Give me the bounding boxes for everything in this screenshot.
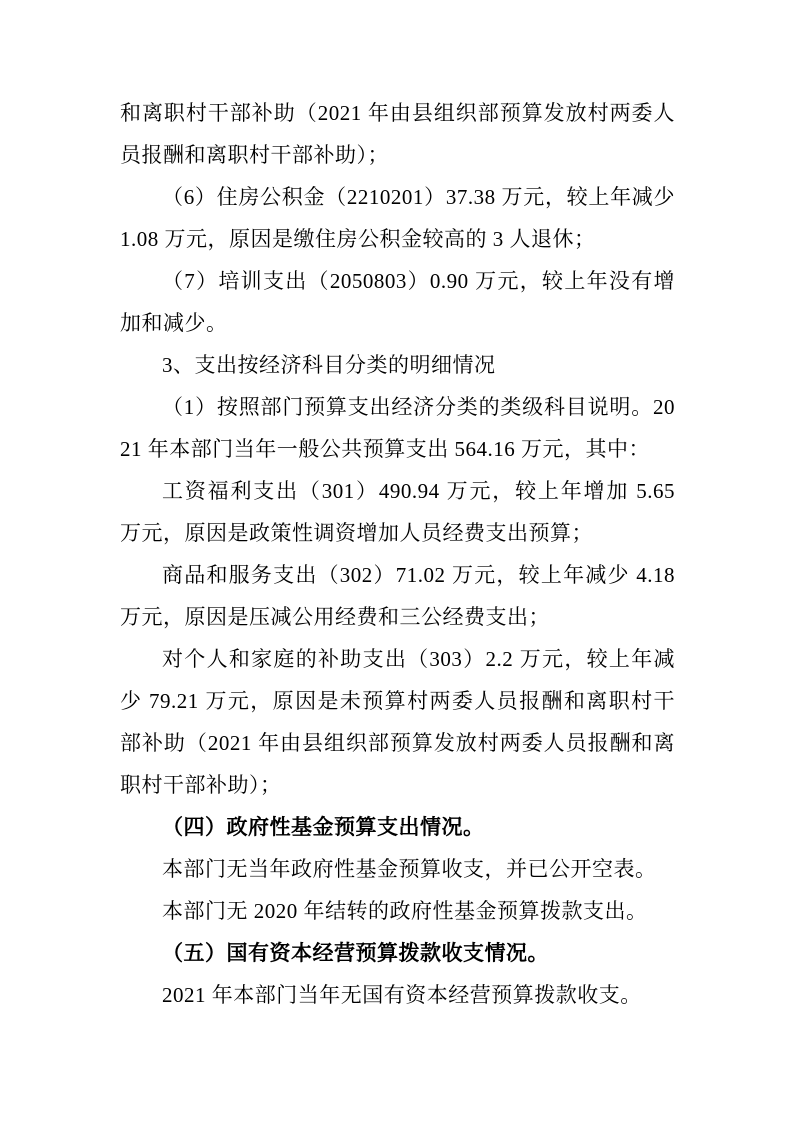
section-heading: （四）政府性基金预算支出情况。 (120, 806, 675, 848)
paragraph: 工资福利支出（301）490.94 万元，较上年增加 5.65 万元，原因是政策… (120, 470, 675, 554)
paragraph: 对个人和家庭的补助支出（303）2.2 万元，较上年减少 79.21 万元，原因… (120, 638, 675, 806)
paragraph: 本部门无当年政府性基金预算收支，并已公开空表。 (120, 848, 675, 890)
paragraph: （7）培训支出（2050803）0.90 万元，较上年没有增加和减少。 (120, 260, 675, 344)
paragraph: 和离职村干部补助（2021 年由县组织部预算发放村两委人员报酬和离职村干部补助）… (120, 92, 675, 176)
paragraph: 3、支出按经济科目分类的明细情况 (120, 344, 675, 386)
document-page: 和离职村干部补助（2021 年由县组织部预算发放村两委人员报酬和离职村干部补助）… (0, 0, 793, 1122)
paragraph: 本部门无 2020 年结转的政府性基金预算拨款支出。 (120, 890, 675, 932)
paragraph: （1）按照部门预算支出经济分类的类级科目说明。2021 年本部门当年一般公共预算… (120, 386, 675, 470)
paragraph: （6）住房公积金（2210201）37.38 万元，较上年减少 1.08 万元，… (120, 176, 675, 260)
document-body: 和离职村干部补助（2021 年由县组织部预算发放村两委人员报酬和离职村干部补助）… (120, 92, 675, 1016)
paragraph: 商品和服务支出（302）71.02 万元，较上年减少 4.18 万元，原因是压减… (120, 554, 675, 638)
section-heading: （五）国有资本经营预算拨款收支情况。 (120, 932, 675, 974)
paragraph: 2021 年本部门当年无国有资本经营预算拨款收支。 (120, 974, 675, 1016)
